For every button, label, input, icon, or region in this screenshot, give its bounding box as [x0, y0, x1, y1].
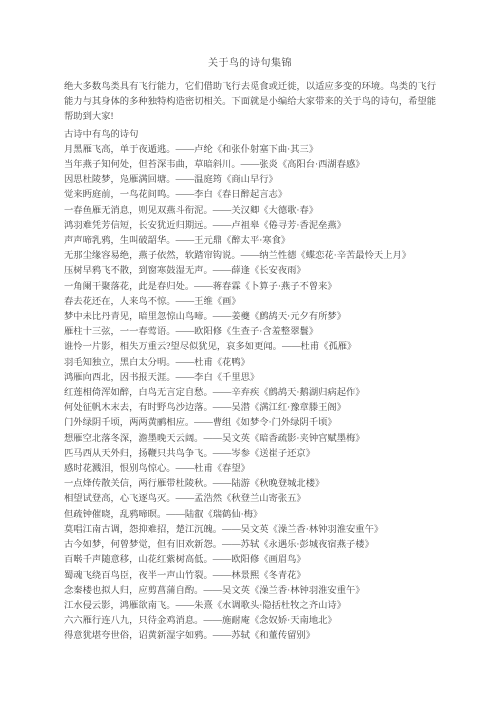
quote-line: 想雁空北落冬深，澹墨晚天云阔。——吴文英《暗香疏影·夹钟宫赋墨梅》: [64, 432, 494, 447]
quote-line: 鸿羽难凭芳信短，长安犹近归期远。——卢祖皋《倦寻芳·香泥垒燕》: [64, 219, 494, 234]
page-title: 关于鸟的诗句集锦: [0, 0, 500, 70]
quote-line: 莫唱江南古调，怨抑难招，楚江沉魄。——吴文英《澡兰香·林钟羽淮安重午》: [64, 523, 494, 538]
quote-line: 梦中未比丹青见，暗里忽惊山鸟啼。——姜夔《鹧鸪天·元夕有所梦》: [64, 310, 494, 325]
quote-line: 得意犹堪夸世俗，诏黄新湿字如鸦。——苏轼《和董传留别》: [64, 629, 494, 644]
quote-line: 江水侵云影，鸿雁欲南飞。——朱熹《水调歌头·隐括杜牧之齐山诗》: [64, 599, 494, 614]
intro-paragraph: 绝大多数鸟类具有飞行能力，它们借助飞行去觅食或迁徙，以适应多变的环境。鸟类的飞行…: [64, 80, 436, 126]
quote-line: 月黑雁飞高，单于夜遁逃。——卢纶《和张仆射塞下曲·其三》: [64, 143, 494, 158]
quote-line: 但疏钟催晓，乱鸦啼暝。——陆叡《瑞鹤仙·梅》: [64, 508, 494, 523]
quote-line: 一角阑干聚落花，此是春归处。——蒋春霖《卜算子·燕子不曾来》: [64, 280, 494, 295]
quote-line: 六六雁行连八九，只待金鸡消息。——施耐庵《念奴娇·天南地北》: [64, 614, 494, 629]
quote-line: 无那尘缘容易绝，燕子依然，软踏帘钩说。——纳兰性德《蝶恋花·辛苦最怜天上月》: [64, 249, 494, 264]
quote-line: 鸿雁向西北，因书报天涯。——李白《千里思》: [64, 371, 494, 386]
quote-line: 相望试登高，心飞逐鸟灭。——孟浩然《秋登兰山寄张五》: [64, 492, 494, 507]
quote-line: 雁柱十三弦，一一春莺语。——欧阳修《生查子·含羞整翠鬟》: [64, 325, 494, 340]
document-page: 关于鸟的诗句集锦 绝大多数鸟类具有飞行能力，它们借助飞行去觅食或迁徙，以适应多变…: [0, 0, 500, 708]
quote-line: 感时花溅泪，恨别鸟惊心。——杜甫《春望》: [64, 462, 494, 477]
quote-line: 春去花还在，人来鸟不惊。——王维《画》: [64, 295, 494, 310]
quote-line: 古今如梦，何曾梦觉，但有旧欢新怨。——苏轼《永遇乐·彭城夜宿燕子楼》: [64, 538, 494, 553]
quote-line: 声声啼乳鸦，生叫破韶华。——王元鼎《醉太平·寒食》: [64, 234, 494, 249]
quote-line: 门外绿阴千顷，两两黄鹂相应。——曹组《如梦令·门外绿阴千顷》: [64, 416, 494, 431]
quote-line: 念秦楼也拟人归，应剪菖蒲自酌。——吴文英《澡兰香·林钟羽淮安重午》: [64, 584, 494, 599]
quote-line: 谁怜一片影，相失万重云?望尽似犹见，哀多如更闻。——杜甫《孤雁》: [64, 340, 494, 355]
quote-line: 匹马西从天外归，扬鞭只共鸟争飞。——岑参《送崔子还京》: [64, 447, 494, 462]
quote-line: 红莲相倚浑如醉，白鸟无言定自愁。——辛弃疾《鹧鸪天·鹅湖归病起作》: [64, 386, 494, 401]
quote-list: 月黑雁飞高，单于夜遁逃。——卢纶《和张仆射塞下曲·其三》当年燕子知何处，但苔深韦…: [64, 143, 494, 645]
quote-line: 何处征帆木末去，有时野鸟沙边落。——吴潜《满江红·豫章滕王阁》: [64, 401, 494, 416]
quote-line: 因思杜陵梦，凫雁满回塘。——温庭筠《商山早行》: [64, 173, 494, 188]
quote-line: 蜀魂飞绕百鸟臣，夜半一声山竹裂。——林景熙《冬青花》: [64, 569, 494, 584]
quote-line: 百啭千声随意移，山花红紫树高低。——欧阳修《画眉鸟》: [64, 553, 494, 568]
quote-line: 觉来眄庭前，一鸟花间鸣。——李白《春日醉起言志》: [64, 188, 494, 203]
quote-line: 压树早鸦飞不散，到窗寒鼓湿无声。——薛逢《长安夜雨》: [64, 264, 494, 279]
quote-line: 一点烽传散关信，两行雁带杜陵秋。——陆游《秋晚登城北楼》: [64, 477, 494, 492]
quote-line: 羽毛知独立，黑白太分明。——杜甫《花鸭》: [64, 356, 494, 371]
quote-line: 一春鱼雁无消息，则见双燕斗衔泥。——关汉卿《大德歌·春》: [64, 204, 494, 219]
quote-line: 当年燕子知何处，但苔深韦曲，草暗斜川。——张炎《高阳台·西湖春感》: [64, 158, 494, 173]
section-heading: 古诗中有鸟的诗句: [64, 128, 436, 143]
